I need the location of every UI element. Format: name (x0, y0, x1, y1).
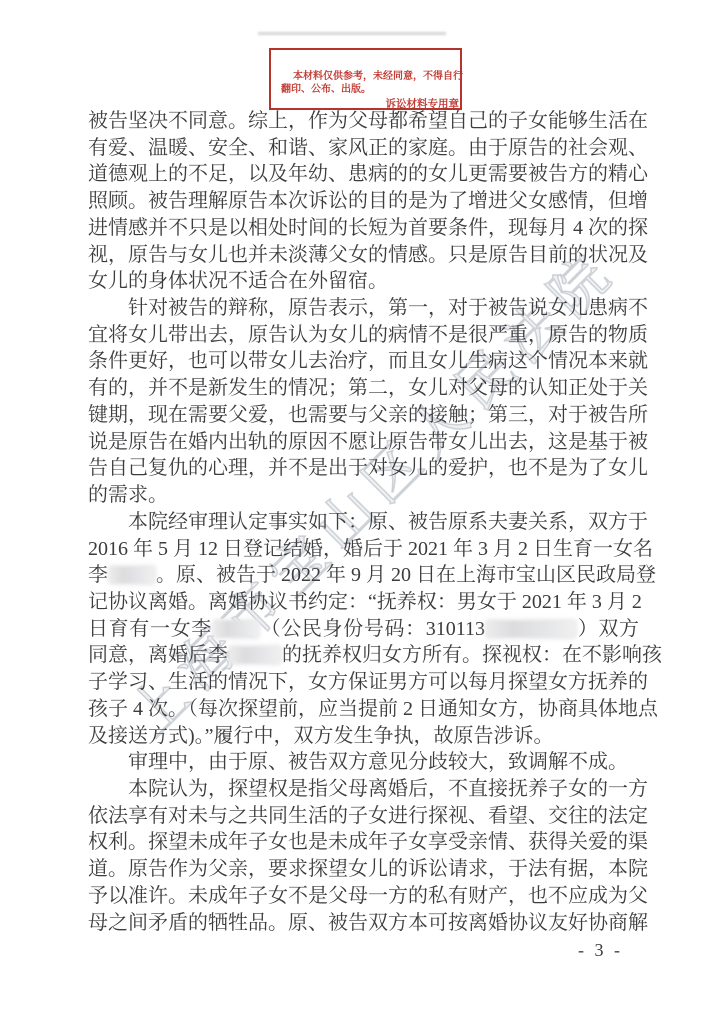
document-page: 本材料仅供参考，未经同意，不得自行 翻印、公布、出版。 诉讼材料专用章 上海市宝… (0, 0, 724, 1024)
text-line: 本院经审理认定事实如下：原、被告原系夫妻关系，双方于 (88, 509, 639, 536)
text-line: 宜将女儿带出去，原告认为女儿的病情不是很严重，原告的物质 (88, 322, 639, 349)
text-line: 有的，并不是新发生的情况；第二，女儿对父母的认知正处于关 (88, 375, 639, 402)
redacted-text (110, 567, 154, 583)
text-line: 针对被告的辩称，原告表示，第一，对于被告说女儿患病不 (88, 295, 639, 322)
text-line: 条件更好，也可以带女儿去治疗，而且女儿生病这个情况本来就 (88, 348, 639, 375)
document-body: 被告坚决不同意。综上，作为父母都希望自己的子女能够生活在有爱、温暖、安全、和谐、… (88, 108, 639, 936)
text-line: 孩子 4 次。（每次探望前，应当提前 2 日通知女方，协商具体地点 (88, 696, 639, 723)
stamp-seal-label: 诉讼材料专用章 (386, 98, 460, 111)
text-line: 予以准许。未成年子女不是父母一方的私有财产，也不应成为父 (88, 883, 639, 910)
text-line: 照顾。被告理解原告本次诉讼的目的是为了增进父女感情，但增 (88, 188, 639, 215)
redacted-text (487, 621, 575, 637)
text-line: 日育有一女李（公民身份号码：310113）双方 (88, 616, 639, 643)
text-line: 李。原、被告于 2022 年 9 月 20 日在上海市宝山区民政局登 (88, 562, 639, 589)
text-line: 2016 年 5 月 12 日登记结婚，婚后于 2021 年 3 月 2 日生育… (88, 536, 639, 563)
text-line: 视，原告与女儿也并未淡薄父女的情感。只是原告目前的状况及 (88, 242, 639, 269)
text-line: 依法享有对未与之共同生活的子女进行探视、看望、交往的法定 (88, 803, 639, 830)
stamp-text-line2: 翻印、公布、出版。 (271, 83, 460, 96)
text-line: 权利。探望未成年子女也是未成年子女享受亲情、获得关爱的渠 (88, 829, 639, 856)
text-line: 道。原告作为父亲，要求探望女儿的诉讼请求，于法有据，本院 (88, 856, 639, 883)
text-line: 被告坚决不同意。综上，作为父母都希望自己的子女能够生活在 (88, 108, 639, 135)
text-line: 进情感并不只是以相处时间的长短为首要条件，现每月 4 次的探 (88, 215, 639, 242)
text-line: 记协议离婚。离婚协议书约定：“抚养权：男女于 2021 年 3 月 2 (88, 589, 639, 616)
text-line: 键期，现在需要父爱，也需要与父亲的接触；第三，对于被告所 (88, 402, 639, 429)
text-line: 本院认为，探望权是指父母离婚后，不直接抚养子女的一方 (88, 776, 639, 803)
text-line: 子学习、生活的情况下，女方保证男方可以每月探望女方抚养的 (88, 669, 639, 696)
text-line: 的需求。 (88, 482, 639, 509)
text-line: 说是原告在婚内出轨的原因不愿让原告带女儿出去，这是基于被 (88, 429, 639, 456)
text-line: 道德观上的不足，以及年幼、患病的的女儿更需要被告方的精心 (88, 161, 639, 188)
reference-stamp: 本材料仅供参考，未经同意，不得自行 翻印、公布、出版。 诉讼材料专用章 (269, 48, 462, 110)
stamp-text-line1: 本材料仅供参考，未经同意，不得自行 (271, 70, 460, 83)
redacted-text (214, 621, 258, 637)
text-line: 母之间矛盾的牺牲品。原、被告双方本可按离婚协议友好协商解 (88, 910, 639, 937)
text-line: 有爱、温暖、安全、和谐、家风正的家庭。由于原告的社会观、 (88, 135, 639, 162)
redacted-text (230, 647, 280, 663)
text-line: 审理中，由于原、被告双方意见分歧较大，致调解不成。 (88, 749, 639, 776)
page-number: - 3 - (578, 940, 623, 961)
scan-artifact-line (258, 32, 446, 35)
text-line: 及接送方式)。”履行中，双方发生争执，故原告涉诉。 (88, 723, 639, 750)
text-line: 女儿的身体状况不适合在外留宿。 (88, 268, 639, 295)
text-line: 告自己复仇的心理，并不是出于对女儿的爱护，也不是为了女儿 (88, 455, 639, 482)
text-line: 同意，离婚后李的抚养权归女方所有。探视权：在不影响孩 (88, 642, 639, 669)
